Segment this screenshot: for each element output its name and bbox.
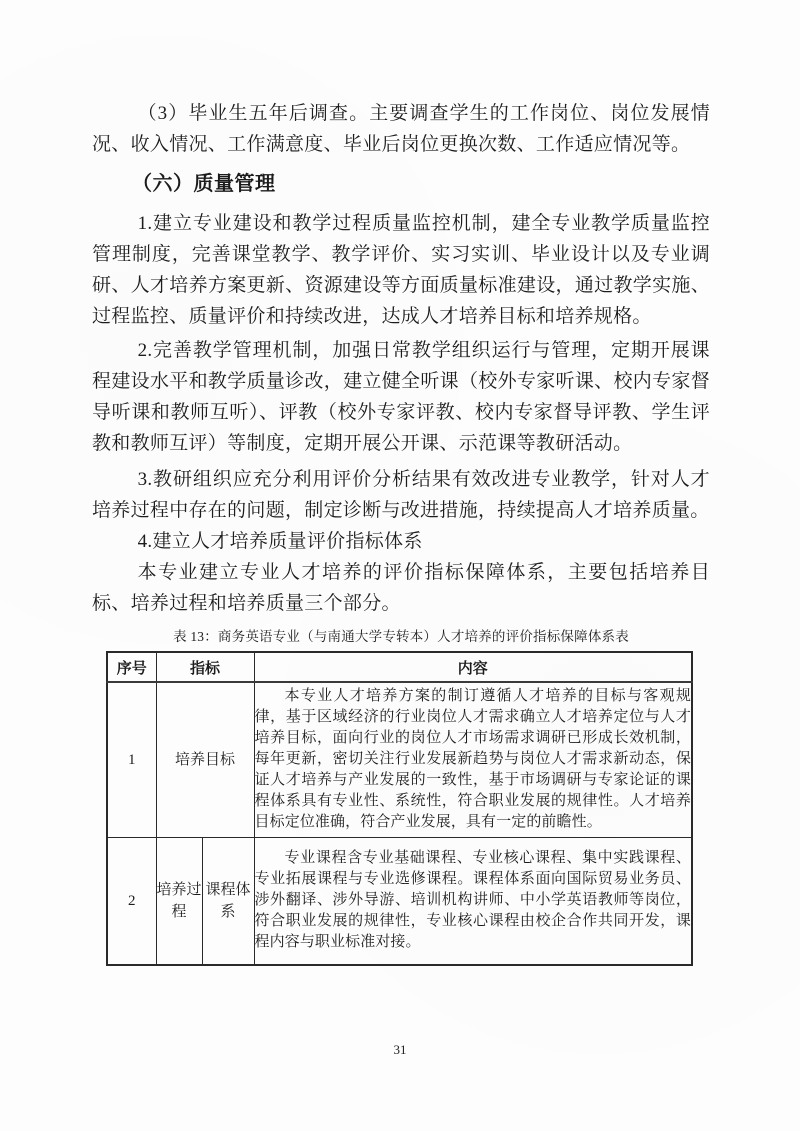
row2-content-cell: 专业课程含专业基础课程、专业核心课程、集中实践课程、专业拓展课程与专业选修课程。… <box>254 837 692 965</box>
table-header-row: 序号 指标 内容 <box>107 652 692 682</box>
section-heading-quality-management: （六）质量管理 <box>92 170 710 198</box>
row2-seq-cell: 2 <box>107 837 156 965</box>
paragraph-indicator-system: 4.建立人才培养质量评价指标体系 <box>92 526 710 557</box>
paragraph-system-overview: 本专业建立专业人才培养的评价指标保障体系，主要包括培养目标、培养过程和培养质量三… <box>92 557 710 619</box>
table-row: 2 培养过程 课程体系 专业课程含专业基础课程、专业核心课程、集中实践课程、专业… <box>107 837 692 965</box>
header-content: 内容 <box>254 652 692 682</box>
row2-subindicator-cell: 课程体系 <box>202 837 254 965</box>
row2-indicator-cell: 培养过程 <box>156 837 202 965</box>
paragraph-monitoring-mechanism: 1.建立专业建设和教学过程质量监控机制，建全专业教学质量监控管理制度，完善课堂教… <box>92 208 710 332</box>
row1-seq-cell: 1 <box>107 682 156 837</box>
row1-content-cell: 本专业人才培养方案的制订遵循人才培养的目标与客观规律，基于区域经济的行业岗位人才… <box>254 682 692 837</box>
paragraph-teaching-management: 2.完善教学管理机制，加强日常教学组织运行与管理，定期开展课程建设水平和教学质量… <box>92 335 710 459</box>
page-number: 31 <box>0 1042 800 1058</box>
content-area: （3）毕业生五年后调查。主要调查学生的工作岗位、岗位发展情况、收入情况、工作满意… <box>92 98 710 966</box>
table-row: 1 培养目标 本专业人才培养方案的制订遵循人才培养的目标与客观规律，基于区域经济… <box>107 682 692 837</box>
table-caption: 表 13：商务英语专业（与南通大学专转本）人才培养的评价指标保障体系表 <box>92 627 710 647</box>
document-page: （3）毕业生五年后调查。主要调查学生的工作岗位、岗位发展情况、收入情况、工作满意… <box>0 0 800 1131</box>
header-indicator: 指标 <box>156 652 254 682</box>
row1-indicator-cell: 培养目标 <box>156 682 254 837</box>
paragraph-evaluation-improvement: 3.教研组织应充分利用评价分析结果有效改进专业教学，针对人才培养过程中存在的问题… <box>92 464 710 526</box>
paragraph-graduate-survey: （3）毕业生五年后调查。主要调查学生的工作岗位、岗位发展情况、收入情况、工作满意… <box>92 98 710 160</box>
header-seq: 序号 <box>107 652 156 682</box>
evaluation-indicator-table: 序号 指标 内容 1 培养目标 本专业人才培养方案的制订遵循人才培养的目标与客观… <box>106 651 693 966</box>
